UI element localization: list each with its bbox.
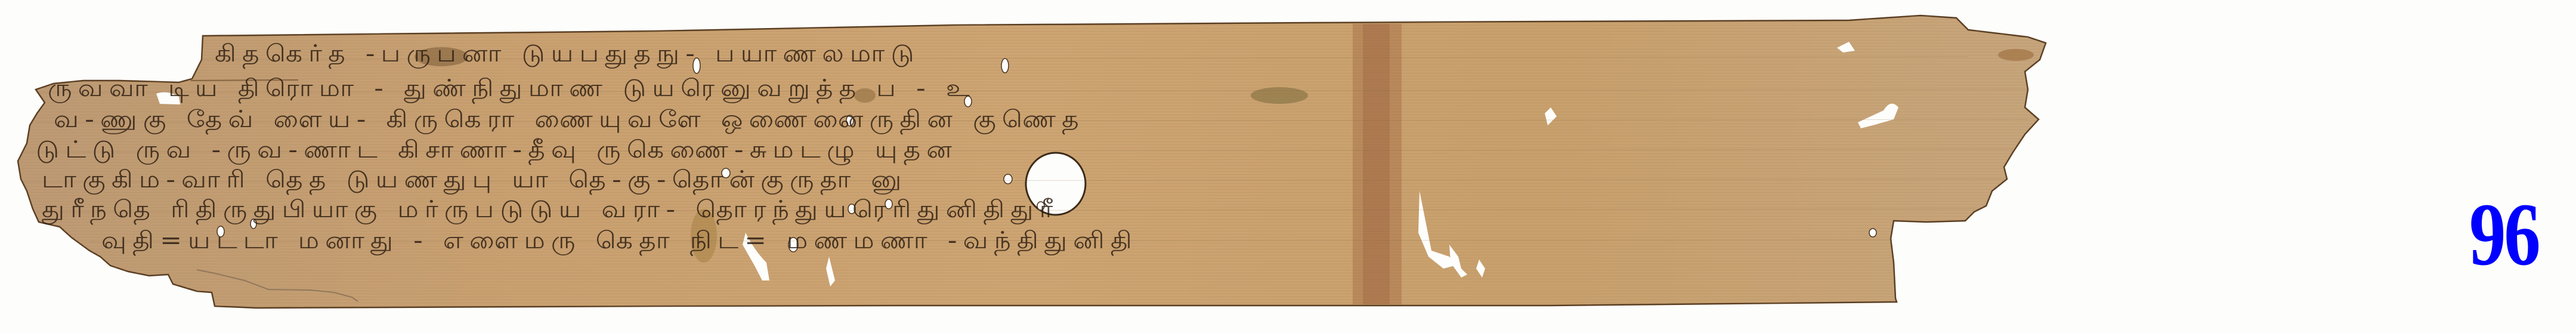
string-hole (1026, 153, 1086, 215)
manuscript-scan: கிதகெர்த -பருபனா டுயபதுதநு- பயாணலமாடு ரு… (0, 0, 2576, 333)
page-number: 96 (2469, 190, 2538, 279)
palm-leaf (0, 0, 2576, 333)
